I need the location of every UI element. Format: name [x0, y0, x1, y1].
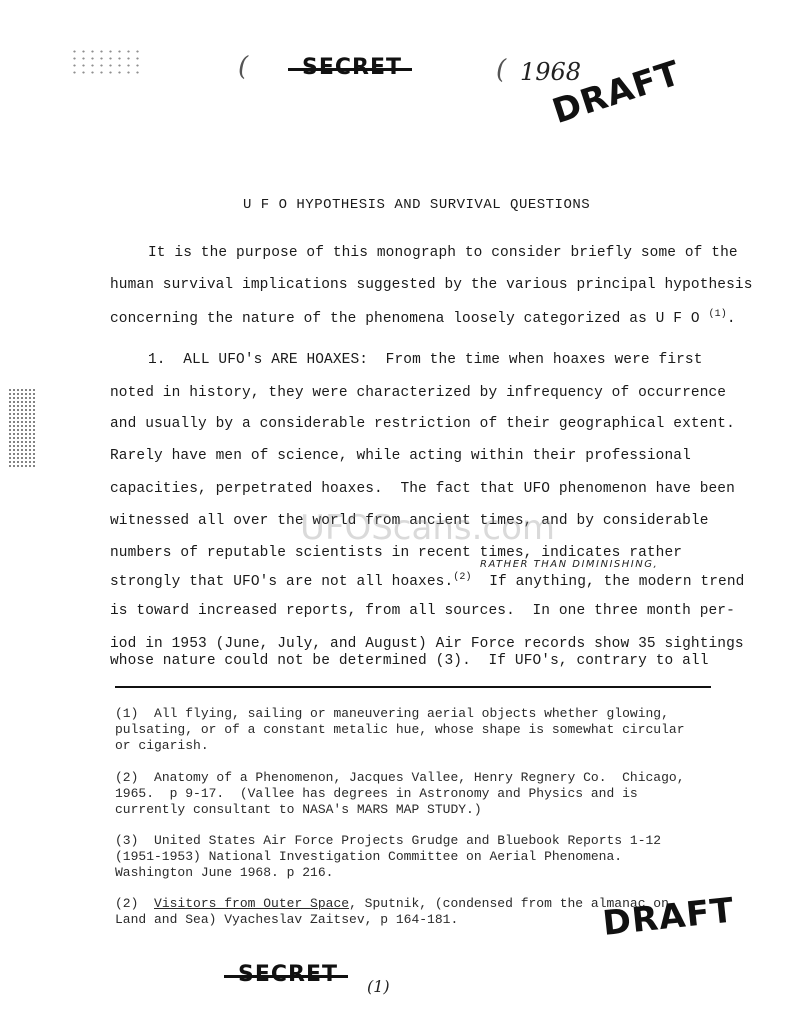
footnote-1-line-3: or cigarish. [115, 738, 209, 753]
footnote-ref-3: (3) [436, 653, 462, 669]
intro-line-1: It is the purpose of this monograph to c… [148, 245, 738, 261]
section-number: 1. [148, 352, 166, 368]
footnote-2: (2) Anatomy of a Phenomenon, Jacques Val… [115, 770, 685, 785]
handwritten-year: 1968 [520, 58, 581, 86]
section-1-line-10: iod in 1953 (June, July, and August) Air… [110, 636, 744, 652]
section-1-line-5: capacities, perpetrated hoaxes. The fact… [110, 481, 735, 497]
section-1-line-1: From the time when hoaxes were first [386, 352, 703, 368]
section-1-line-9: is toward increased reports, from all so… [110, 603, 735, 619]
footnote-3: (3) United States Air Force Projects Gru… [115, 833, 661, 848]
handwritten-bracket-mark: ( [238, 52, 248, 82]
footnote-divider [115, 686, 711, 688]
secret-stamp-top: SECRET [302, 55, 402, 80]
intro-line-3-text: concerning the nature of the phenomena l… [110, 311, 700, 327]
footnote-4-title: Visitors from Outer Space [154, 896, 349, 911]
section-1-line-8-text: strongly that UFO's are not all hoaxes. [110, 574, 453, 590]
footnote-2-line-2: 1965. p 9-17. (Vallee has degrees in Ast… [115, 786, 638, 801]
watermark: UFOScans.com [300, 508, 555, 548]
handwritten-annotation: RATHER THAN DIMINISHING, [480, 559, 658, 570]
section-1-line-8b: If anything, the modern trend [489, 574, 744, 590]
handwritten-page-number: (1) [367, 977, 390, 996]
handwritten-bracket-mark: ( [496, 55, 506, 85]
section-1-line-3: and usually by a considerable restrictio… [110, 416, 735, 432]
section-heading: ALL UFO's ARE HOAXES: [183, 352, 368, 368]
footnote-1-line-2: pulsating, or of a constant metalic hue,… [115, 722, 685, 737]
section-1-heading-line: 1. ALL UFO's ARE HOAXES: From the time w… [148, 352, 703, 368]
footnote-4: (2) Visitors from Outer Space, Sputnik, … [115, 896, 669, 911]
footnote-1: (1) All flying, sailing or maneuvering a… [115, 706, 669, 721]
footnote-3-line-2: (1951-1953) National Investigation Commi… [115, 849, 622, 864]
footnote-3-marker: (3) [115, 833, 138, 848]
footnote-4-line-2: Land and Sea) Vyacheslav Zaitsev, p 164-… [115, 912, 458, 927]
secret-stamp-bottom: SECRET [238, 962, 338, 987]
footnote-4-marker: (2) [115, 896, 138, 911]
section-1-line-8: strongly that UFO's are not all hoaxes.(… [110, 572, 744, 590]
section-1-line-11-text: whose nature could not be determined [110, 653, 427, 669]
footnote-2-line-3: currently consultant to NASA's MARS MAP … [115, 802, 482, 817]
document-title: U F O HYPOTHESIS AND SURVIVAL QUESTIONS [243, 197, 590, 213]
footnote-ref-1: (1) [709, 309, 727, 320]
footnote-ref-2: (2) [453, 572, 471, 583]
footnote-1-line-1: All flying, sailing or maneuvering aeria… [154, 706, 669, 721]
section-1-line-11: whose nature could not be determined (3)… [110, 653, 709, 669]
section-1-line-2: noted in history, they were characterize… [110, 385, 726, 401]
footnote-3-line-1: United States Air Force Projects Grudge … [154, 833, 661, 848]
intro-line-3: concerning the nature of the phenomena l… [110, 309, 736, 327]
scan-noise-left-margin [8, 388, 36, 468]
section-1-line-11b: . If UFO's, contrary to all [462, 653, 708, 669]
scan-noise-top-left [70, 48, 140, 78]
intro-line-2: human survival implications suggested by… [110, 277, 753, 293]
footnote-3-line-3: Washington June 1968. p 216. [115, 865, 333, 880]
section-1-line-4: Rarely have men of science, while acting… [110, 448, 691, 464]
footnote-1-marker: (1) [115, 706, 138, 721]
footnote-2-line-1: Anatomy of a Phenomenon, Jacques Vallee,… [154, 770, 685, 785]
footnote-2-marker: (2) [115, 770, 138, 785]
